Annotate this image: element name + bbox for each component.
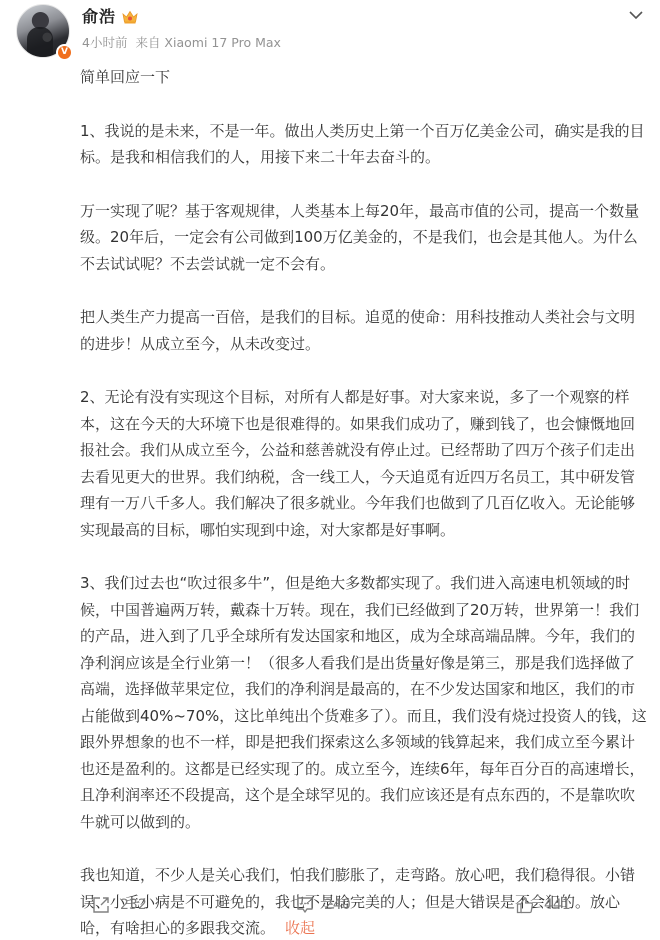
like-count: 441	[544, 897, 571, 913]
more-menu-button[interactable]	[627, 6, 645, 20]
comment-icon	[296, 896, 314, 914]
post-header: 俞浩 4小时前 来自 Xiaomi 17 Pro Max	[82, 3, 281, 51]
action-bar: 232 240 441	[0, 896, 660, 922]
verified-badge-icon: V	[56, 44, 73, 61]
thumbs-up-icon	[516, 896, 534, 914]
post-paragraph: 把人类生产力提高一百倍，是我们的目标。追觅的使命：用科技推动人类社会与文明的进步…	[80, 304, 648, 357]
crown-icon[interactable]	[122, 9, 138, 23]
post-paragraph: 3、我们过去也“吹过很多牛”，但是绝大多数都实现了。我们进入高速电机领域的时候，…	[80, 570, 648, 835]
repost-button[interactable]: 232	[92, 896, 147, 914]
user-name[interactable]: 俞浩	[82, 4, 116, 27]
post-content: 简单回应一下 1、我说的是未来，不是一年。做出人类历史上第一个百万亿美金公司，确…	[80, 64, 648, 940]
comment-button[interactable]: 240	[296, 896, 351, 914]
avatar[interactable]: V	[16, 4, 72, 60]
post-meta: 4小时前 来自 Xiaomi 17 Pro Max	[82, 33, 281, 51]
post-paragraph: 简单回应一下	[80, 64, 648, 91]
post-time[interactable]: 4小时前	[82, 33, 127, 51]
post-paragraph: 1、我说的是未来，不是一年。做出人类历史上第一个百万亿美金公司，确实是我的目标。…	[80, 118, 648, 171]
weibo-post: V 俞浩 4小时前 来自 Xiaomi 17 Pro Max 简单回应一下 1、…	[0, 0, 660, 940]
post-paragraph: 2、无论有没有实现这个目标，对所有人都是好事。对大家来说，多了一个观察的样本，这…	[80, 384, 648, 543]
repost-count: 232	[120, 897, 147, 913]
share-icon	[92, 896, 110, 914]
post-paragraph: 万一实现了呢？基于客观规律，人类基本上每20年，最高市值的公司，提高一个数量级。…	[80, 198, 648, 278]
post-source: 来自 Xiaomi 17 Pro Max	[135, 33, 280, 51]
chevron-down-icon	[629, 4, 643, 23]
name-row: 俞浩	[82, 3, 281, 27]
comment-count: 240	[324, 897, 351, 913]
like-button[interactable]: 441	[516, 896, 571, 914]
